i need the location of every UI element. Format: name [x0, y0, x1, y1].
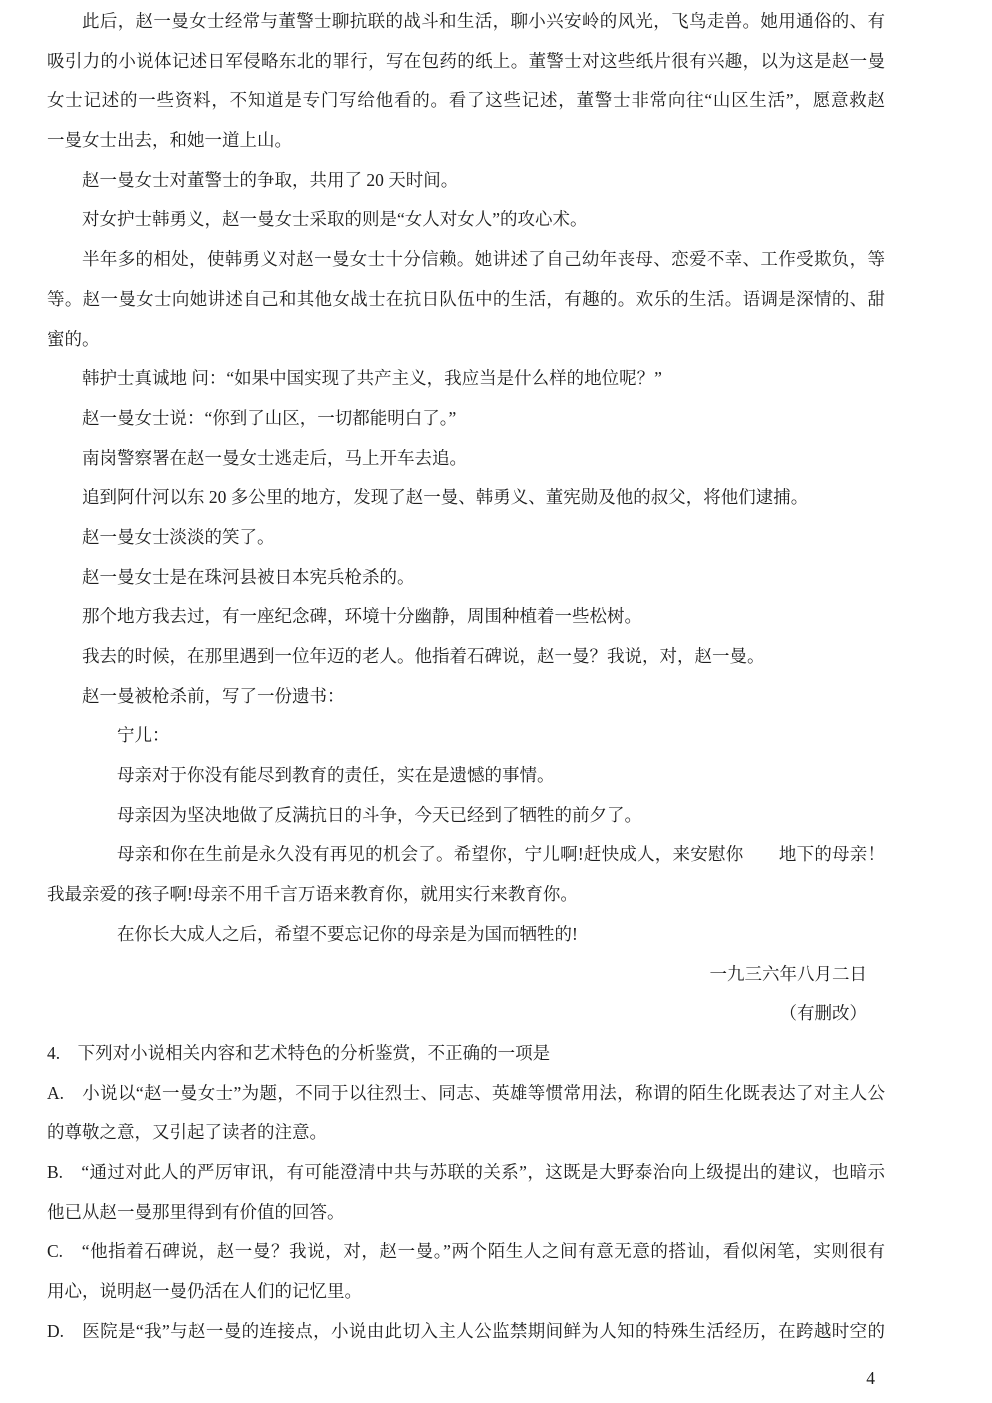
letter-salutation: 宁儿：: [47, 716, 885, 756]
option-c-line-2: 用心，说明赵一曼仍活在人们的记忆里。: [47, 1272, 885, 1312]
passage-line: 赵一曼女士说：“你到了山区，一切都能明白了。”: [47, 399, 885, 439]
passage-line: 那个地方我去过，有一座纪念碑，环境十分幽静，周围种植着一些松树。: [47, 597, 885, 637]
passage-line: 等。赵一曼女士向她讲述自己和其他女战士在抗日队伍中的生活，有趣的。欢乐的生活。语…: [47, 280, 885, 320]
passage-line: 对女护士韩勇义，赵一曼女士采取的则是“女人对女人”的攻心术。: [47, 200, 885, 240]
letter-date: 一九三六年八月二日: [47, 955, 885, 995]
passage-line: 一曼女士出去，和她一道上山。: [47, 121, 885, 161]
passage-line: 赵一曼女士对董警士的争取，共用了 20 天时间。: [47, 161, 885, 201]
question-4-stem: 4. 下列对小说相关内容和艺术特色的分析鉴赏，不正确的一项是: [47, 1034, 885, 1074]
passage-line: 半年多的相处，使韩勇义对赵一曼女士十分信赖。她讲述了自己幼年丧母、恋爱不幸、工作…: [47, 240, 885, 280]
passage-line: 蜜的。: [47, 320, 885, 360]
document-page: 此后，赵一曼女士经常与董警士聊抗联的战斗和生活，聊小兴安岭的风光，飞鸟走兽。她用…: [0, 0, 992, 1403]
page-content: 此后，赵一曼女士经常与董警士聊抗联的战斗和生活，聊小兴安岭的风光，飞鸟走兽。她用…: [47, 2, 885, 1399]
passage-line: 赵一曼女士淡淡的笑了。: [47, 518, 885, 558]
passage-line: 此后，赵一曼女士经常与董警士聊抗联的战斗和生活，聊小兴安岭的风光，飞鸟走兽。她用…: [47, 2, 885, 42]
letter-line: 母亲和你在生前是永久没有再见的机会了。希望你，宁儿啊!赶快成人，来安慰你 地下的…: [47, 835, 885, 875]
passage-line: 女士记述的一些资料，不知道是专门写给他看的。看了这些记述，董警士非常向往“山区生…: [47, 81, 885, 121]
letter-line: 在你长大成人之后，希望不要忘记你的母亲是为国而牺牲的!: [47, 915, 885, 955]
option-a-line-1: A. 小说以“赵一曼女士”为题，不同于以往烈士、同志、英雄等惯常用法，称谓的陌生…: [47, 1074, 885, 1114]
letter-line: 我最亲爱的孩子啊!母亲不用千言万语来教育你，就用实行来教育你。: [47, 875, 885, 915]
passage-line: 我去的时候，在那里遇到一位年迈的老人。他指着石碑说，赵一曼？我说，对，赵一曼。: [47, 637, 885, 677]
letter-line: 母亲对于你没有能尽到教育的责任，实在是遗憾的事情。: [47, 756, 885, 796]
option-d-line-1: D. 医院是“我”与赵一曼的连接点，小说由此切入主人公监禁期间鲜为人知的特殊生活…: [47, 1312, 885, 1352]
passage-line: 吸引力的小说体记述日军侵略东北的罪行，写在包药的纸上。董警士对这些纸片很有兴趣，…: [47, 42, 885, 82]
option-a-line-2: 的尊敬之意，又引起了读者的注意。: [47, 1113, 885, 1153]
passage-line: 追到阿什河以东 20 多公里的地方，发现了赵一曼、韩勇义、董宪勋及他的叔父，将他…: [47, 478, 885, 518]
passage-line: 赵一曼女士是在珠河县被日本宪兵枪杀的。: [47, 558, 885, 598]
option-c-line-1: C. “他指着石碑说，赵一曼？我说，对，赵一曼。”两个陌生人之间有意无意的搭讪，…: [47, 1232, 885, 1272]
edit-note: （有删改）: [47, 994, 885, 1034]
page-number: 4: [47, 1359, 885, 1399]
passage-line: 赵一曼被枪杀前，写了一份遗书：: [47, 677, 885, 717]
option-b-line-1: B. “通过对此人的严厉审讯，有可能澄清中共与苏联的关系”，这既是大野泰治向上级…: [47, 1153, 885, 1193]
option-b-line-2: 他已从赵一曼那里得到有价值的回答。: [47, 1193, 885, 1233]
letter-line: 母亲因为坚决地做了反满抗日的斗争，今天已经到了牺牲的前夕了。: [47, 796, 885, 836]
passage-line: 南岗警察署在赵一曼女士逃走后，马上开车去追。: [47, 439, 885, 479]
passage-line: 韩护士真诚地 问：“如果中国实现了共产主义，我应当是什么样的地位呢？”: [47, 359, 885, 399]
